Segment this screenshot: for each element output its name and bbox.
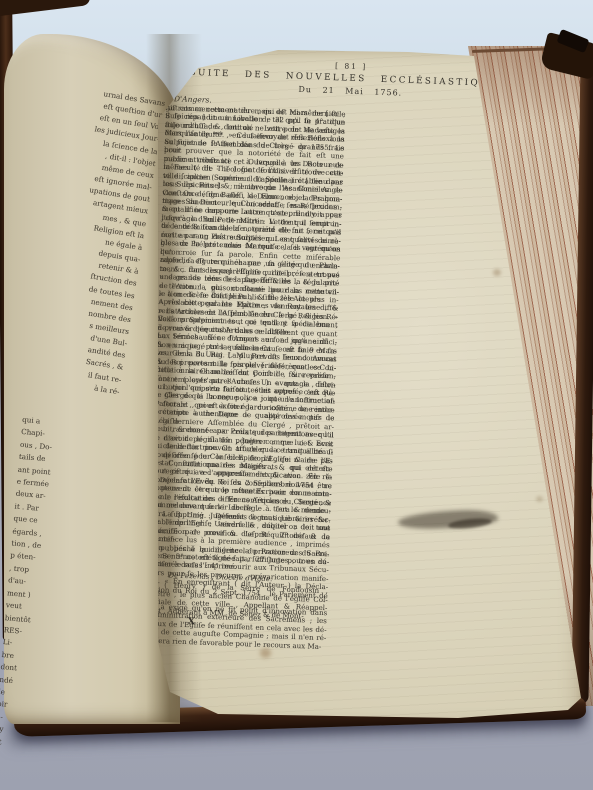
book-photo: urnal des Savanseſt queſtion d'uneſt en …	[0, 0, 593, 790]
foxing-spot	[493, 269, 501, 276]
left-page-text-fragments-lower: qui aChapi-ous , Do-tails deant pointe f…	[0, 414, 84, 753]
left-cover-corner	[0, 0, 91, 17]
foxing-spot	[536, 496, 543, 502]
foxing-spot	[260, 648, 271, 658]
gutter-shadow	[146, 34, 202, 722]
left-page-text-fragments: urnal des Savanseſt queſtion d'uneſt en …	[0, 72, 166, 398]
